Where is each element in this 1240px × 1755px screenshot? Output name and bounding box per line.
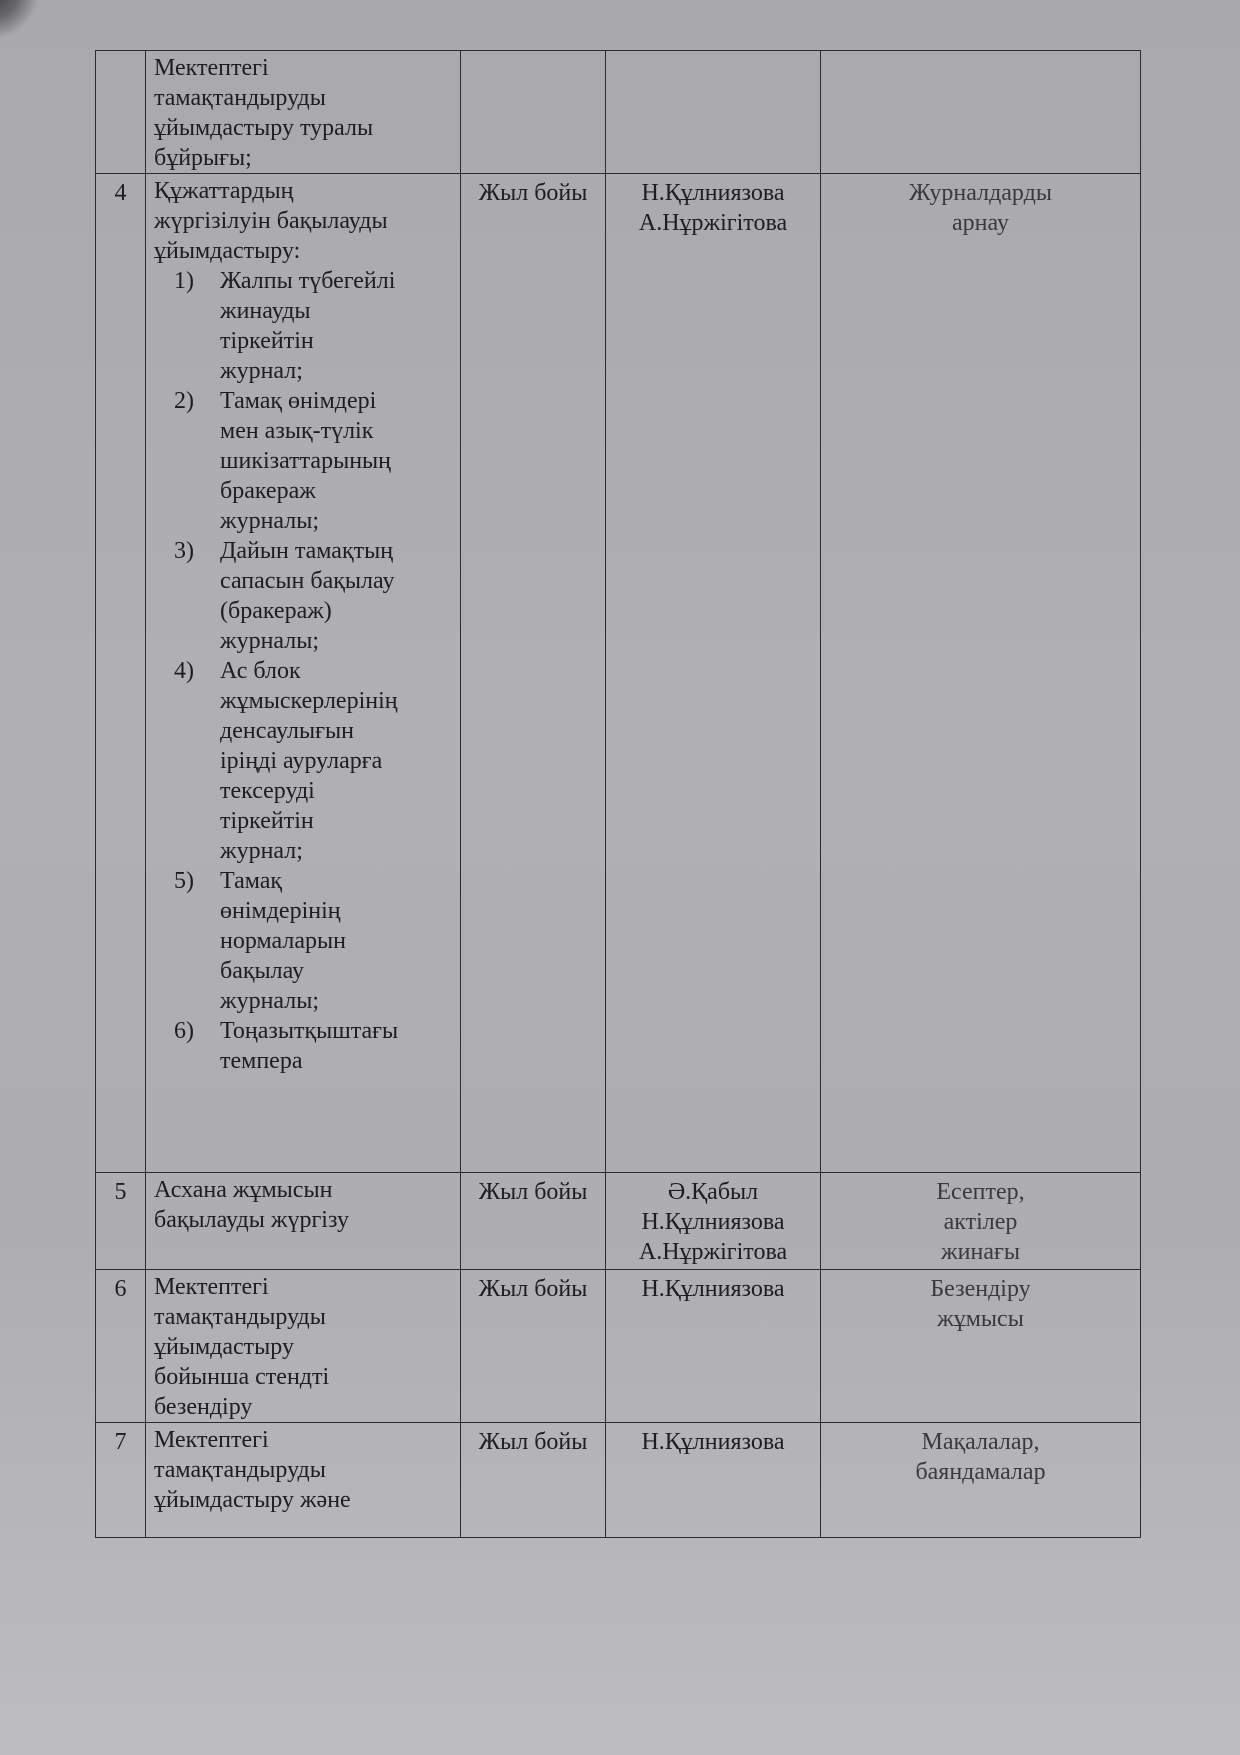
result-text: Журналдарды — [829, 178, 1132, 208]
journal-item-text: журнал; — [220, 836, 452, 866]
list-marker: 3) — [174, 536, 194, 566]
plan-table: Мектептегітамақтандырудыұйымдастыру тура… — [95, 50, 1141, 1538]
responsible-person: Н.Құлниязова — [614, 1427, 812, 1457]
journal-item-text: журнал; — [220, 356, 452, 386]
responsible-person: Н.Құлниязова — [614, 1207, 812, 1237]
journal-list-item: 4)Ас блокжұмыскерлерініңденсаулығыніріңд… — [154, 656, 452, 866]
activity-text: Мектептегі — [154, 53, 452, 83]
journal-item-text: Тоңазытқыштағы — [220, 1016, 452, 1046]
journal-item-text: жинауды — [220, 296, 452, 326]
journal-list-item: 1)Жалпы түбегейліжинаудытіркейтінжурнал; — [154, 266, 452, 386]
responsible-cell: Н.Құлниязова — [606, 1270, 821, 1423]
result-text: Безендіру — [829, 1274, 1132, 1304]
row-number-cell: 6 — [96, 1270, 146, 1423]
row-number-cell: 7 — [96, 1423, 146, 1538]
journal-item-text: Дайын тамақтың — [220, 536, 452, 566]
journal-list-item: 2)Тамақ өнімдерімен азық-түлікшикізаттар… — [154, 386, 452, 536]
journal-item-text: журналы; — [220, 506, 452, 536]
journal-item-text: тіркейтін — [220, 326, 452, 356]
journal-item-text: шикізаттарының — [220, 446, 452, 476]
table-row: 6Мектептегітамақтандырудыұйымдастырубойы… — [96, 1270, 1141, 1423]
deadline-cell — [461, 51, 606, 174]
deadline-cell: Жыл бойы — [461, 1270, 606, 1423]
result-cell: Журналдардыарнау — [821, 174, 1141, 1173]
journal-item-text: тексеруді — [220, 776, 452, 806]
activity-text: безендіру — [154, 1392, 452, 1422]
deadline-cell: Жыл бойы — [461, 1423, 606, 1538]
result-cell — [821, 51, 1141, 174]
list-marker: 1) — [174, 266, 194, 296]
journal-item-text: бракераж — [220, 476, 452, 506]
journal-item-text: денсаулығын — [220, 716, 452, 746]
journal-list-item: 6)Тоңазытқыштағытемпера — [154, 1016, 452, 1076]
list-marker: 5) — [174, 866, 194, 896]
journal-item-text: өнімдерінің — [220, 896, 452, 926]
activity-text: ұйымдастыру — [154, 1332, 452, 1362]
journal-item-text: іріңді ауруларға — [220, 746, 452, 776]
journal-item-text: бақылау — [220, 956, 452, 986]
result-text: жинағы — [829, 1237, 1132, 1267]
journal-list-item: 5)Тамақөнімдерініңнормаларынбақылаужурна… — [154, 866, 452, 1016]
journal-item-text: мен азық-түлік — [220, 416, 452, 446]
table-row: 5Асхана жұмысынбақылауды жүргізуЖыл бойы… — [96, 1173, 1141, 1270]
activity-cell: Мектептегітамақтандырудыұйымдастырубойын… — [146, 1270, 461, 1423]
journal-item-text: жұмыскерлерінің — [220, 686, 452, 716]
journal-item-text: тіркейтін — [220, 806, 452, 836]
responsible-person: А.Нұржігітова — [614, 208, 812, 238]
activity-text: тамақтандыруды — [154, 1302, 452, 1332]
activity-text: Мектептегі — [154, 1272, 452, 1302]
responsible-person: А.Нұржігітова — [614, 1237, 812, 1267]
responsible-cell: Н.Құлниязова — [606, 1423, 821, 1538]
result-text: Есептер, — [829, 1177, 1132, 1207]
activity-text: бойынша стендті — [154, 1362, 452, 1392]
activity-cell: Мектептегітамақтандырудыұйымдастыру және — [146, 1423, 461, 1538]
scan-corner-shadow — [0, 0, 40, 40]
row-number-cell — [96, 51, 146, 174]
journal-item-text: сапасын бақылау — [220, 566, 452, 596]
journal-item-text: Тамақ — [220, 866, 452, 896]
activity-text: тамақтандыруды — [154, 1455, 452, 1485]
activity-cell: Асхана жұмысынбақылауды жүргізу — [146, 1173, 461, 1270]
journal-item-text: журналы; — [220, 986, 452, 1016]
activity-text: Мектептегі — [154, 1425, 452, 1455]
activity-text: Құжаттардың — [154, 176, 452, 206]
result-cell: Есептер,актілержинағы — [821, 1173, 1141, 1270]
responsible-person: Н.Құлниязова — [614, 178, 812, 208]
journal-list-item: 3)Дайын тамақтыңсапасын бақылау(бракераж… — [154, 536, 452, 656]
activity-text: жүргізілуін бақылауды — [154, 206, 452, 236]
journal-item-text: темпера — [220, 1046, 452, 1076]
activity-cell: Мектептегітамақтандырудыұйымдастыру тура… — [146, 51, 461, 174]
result-cell: Мақалалар,баяндамалар — [821, 1423, 1141, 1538]
table-row: Мектептегітамақтандырудыұйымдастыру тура… — [96, 51, 1141, 174]
activity-text: ұйымдастыру және — [154, 1485, 452, 1515]
journal-item-text: (бракераж) — [220, 596, 452, 626]
journal-item-text: Тамақ өнімдері — [220, 386, 452, 416]
responsible-cell: Ә.ҚабылН.ҚұлниязоваА.Нұржігітова — [606, 1173, 821, 1270]
deadline-cell: Жыл бойы — [461, 174, 606, 1173]
result-cell: Безендіружұмысы — [821, 1270, 1141, 1423]
responsible-cell: Н.ҚұлниязоваА.Нұржігітова — [606, 174, 821, 1173]
journal-list: 1)Жалпы түбегейліжинаудытіркейтінжурнал;… — [154, 266, 452, 1076]
row-number-cell: 5 — [96, 1173, 146, 1270]
result-text: жұмысы — [829, 1304, 1132, 1334]
list-marker: 2) — [174, 386, 194, 416]
activity-text: ұйымдастыру: — [154, 236, 452, 266]
deadline-cell: Жыл бойы — [461, 1173, 606, 1270]
result-text: баяндамалар — [829, 1457, 1132, 1487]
list-marker: 4) — [174, 656, 194, 686]
result-text: арнау — [829, 208, 1132, 238]
table-row: 7Мектептегітамақтандырудыұйымдастыру жән… — [96, 1423, 1141, 1538]
responsible-person: Н.Құлниязова — [614, 1274, 812, 1304]
result-text: актілер — [829, 1207, 1132, 1237]
responsible-person: Ә.Қабыл — [614, 1177, 812, 1207]
journal-item-text: Жалпы түбегейлі — [220, 266, 452, 296]
table-row: 4Құжаттардыңжүргізілуін бақылаудыұйымдас… — [96, 174, 1141, 1173]
journal-item-text: нормаларын — [220, 926, 452, 956]
journal-item-text: Ас блок — [220, 656, 452, 686]
responsible-cell — [606, 51, 821, 174]
activity-text: Асхана жұмысын — [154, 1175, 452, 1205]
document-page: Мектептегітамақтандырудыұйымдастыру тура… — [95, 50, 1140, 1538]
result-text: Мақалалар, — [829, 1427, 1132, 1457]
activity-text: бұйрығы; — [154, 143, 452, 173]
journal-item-text: журналы; — [220, 626, 452, 656]
activity-text: тамақтандыруды — [154, 83, 452, 113]
activity-text: бақылауды жүргізу — [154, 1205, 452, 1235]
list-marker: 6) — [174, 1016, 194, 1046]
activity-text: ұйымдастыру туралы — [154, 113, 452, 143]
activity-cell: Құжаттардыңжүргізілуін бақылаудыұйымдаст… — [146, 174, 461, 1173]
row-number-cell: 4 — [96, 174, 146, 1173]
